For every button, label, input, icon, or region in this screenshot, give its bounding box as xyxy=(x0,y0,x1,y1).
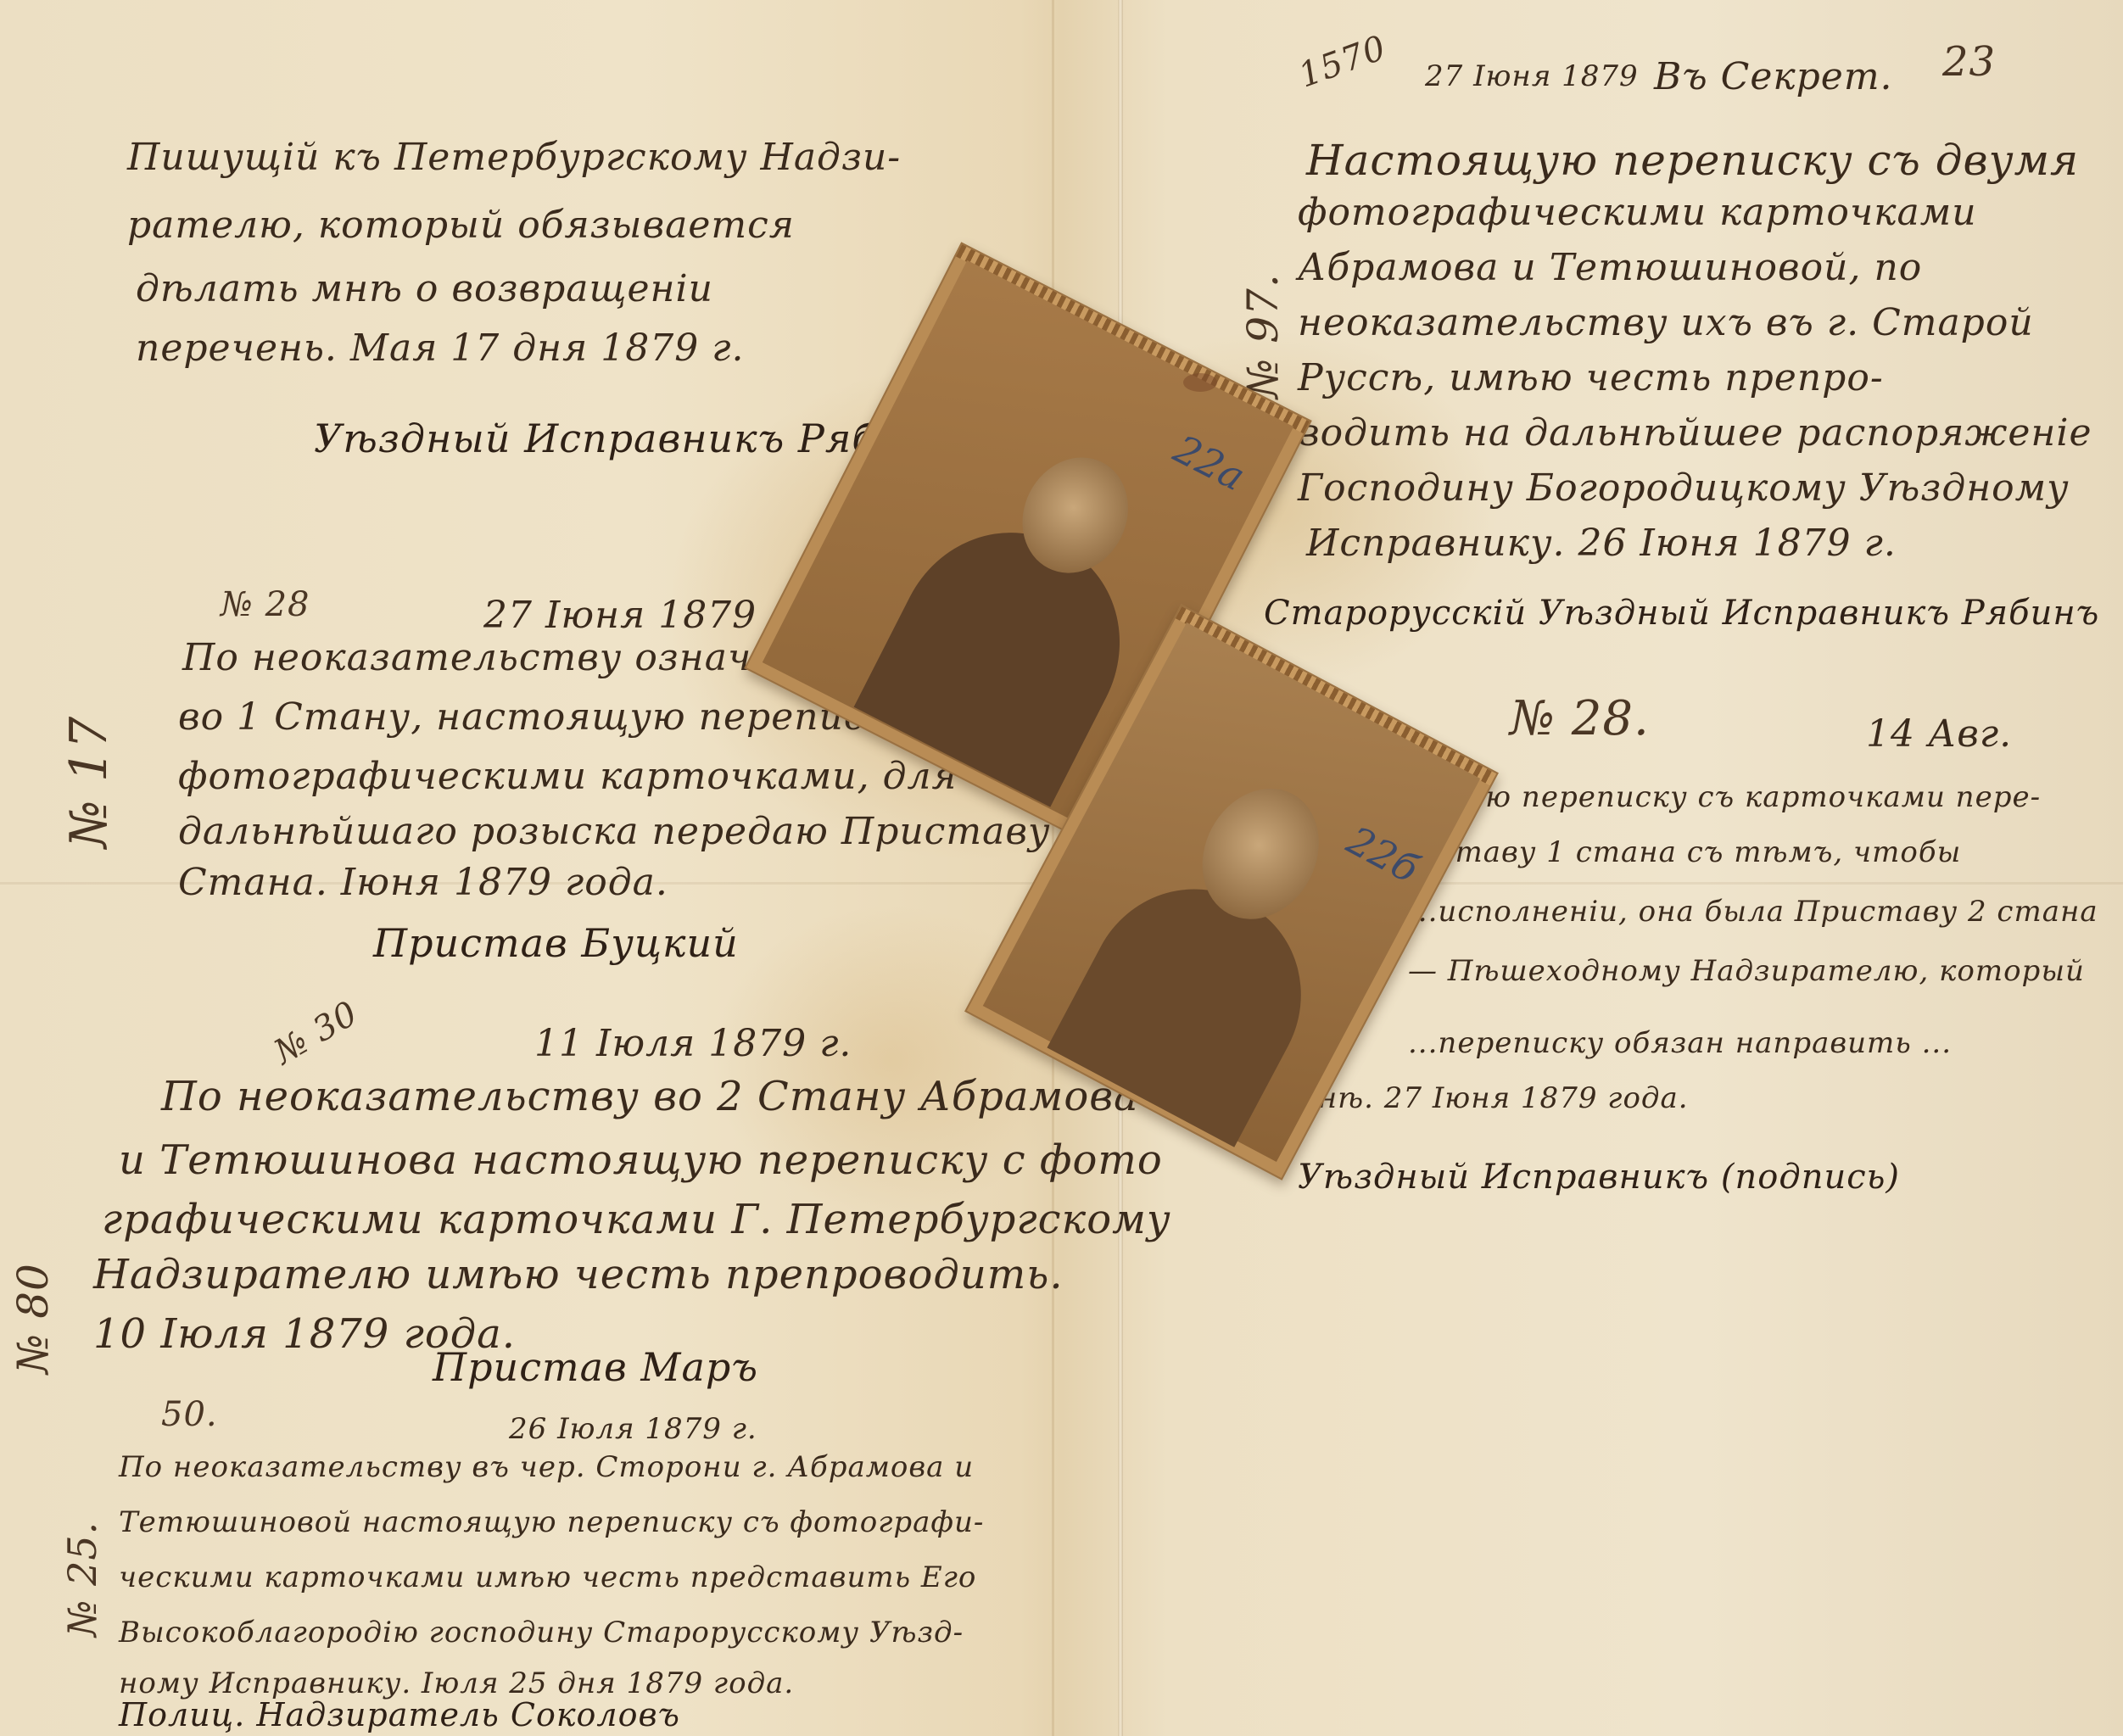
text-line: По неоказательству означен- xyxy=(182,636,813,679)
text-line: — Пѣшеходному Надзирателю, который xyxy=(1408,954,2085,988)
text-line: ческими карточками имѣю честь представит… xyxy=(119,1560,976,1594)
text-line: ...ставу 1 стана съ тѣмъ, чтобы xyxy=(1408,835,1961,869)
text-line: фотографическими карточками, для xyxy=(178,755,958,798)
text-line: По неоказательству во 2 Стану Абрамова xyxy=(161,1073,1139,1120)
text-line: неоказательству ихъ въ г. Старой xyxy=(1298,301,2034,344)
left-page: Пишущій къ Петербургскому Надзи- рателю,… xyxy=(0,0,1103,1736)
text-line: Стана. Іюня 1879 года. xyxy=(178,861,668,904)
entry-number: № 30 xyxy=(268,994,365,1073)
entry-date: 26 Іюля 1879 г. xyxy=(509,1412,757,1446)
text-line: Тетюшиновой настоящую переписку съ фотог… xyxy=(119,1505,984,1539)
text-line: дѣлать мнѣ о возвращеніи xyxy=(136,267,713,310)
text-line: Руссѣ, имѣю честь препро- xyxy=(1298,356,1884,399)
text-line: перечень. Мая 17 дня 1879 г. xyxy=(136,327,744,370)
signature: Пристав Маръ xyxy=(433,1344,758,1390)
entry-number: № 28. xyxy=(1510,691,1650,746)
text-line: Высокоблагородію господину Старорусскому… xyxy=(119,1616,964,1649)
entry-date: 14 Авг. xyxy=(1866,712,2012,756)
text-line: Господину Богородицкому Уѣздному xyxy=(1298,466,2070,510)
text-line: и Тетюшинова настоящую переписку с фото xyxy=(119,1136,1163,1184)
entry-date: 27 Іюня 1879 г. xyxy=(483,594,802,637)
text-line: ному Исправнику. Іюля 25 дня 1879 года. xyxy=(119,1666,794,1700)
text-line: Исправнику. 26 Іюня 1879 г. xyxy=(1306,522,1897,565)
text-line: дальнѣйшаго розыска передаю Приставу 1 xyxy=(178,810,1088,853)
signature: Полиц. Надзиратель Соколовъ xyxy=(119,1696,680,1733)
signature: Пристав Буцкий xyxy=(373,920,739,966)
text-line: ...переписку обязан направить ... xyxy=(1408,1026,1952,1060)
header-note: Въ Секрет. xyxy=(1654,55,1893,98)
margin-number: № 97. xyxy=(1238,273,1288,399)
text-line: водить на дальнѣйшее распоряженіе xyxy=(1298,411,2092,455)
text-line: ...щую переписку съ карточками пере- xyxy=(1408,780,2041,814)
text-line: рателю, который обязывается xyxy=(127,204,795,247)
entry-number: № 28 xyxy=(221,585,310,624)
text-line: графическими карточками Г. Петербургском… xyxy=(102,1196,1171,1243)
text-line: Настоящую переписку съ двумя xyxy=(1306,136,2079,185)
text-line: Надзирателю имѣю честь препроводить. xyxy=(93,1251,1064,1298)
signature: Уѣздный Исправникъ (подпись) xyxy=(1298,1158,1900,1197)
margin-number: № 17 xyxy=(59,716,119,848)
top-number: 1570 xyxy=(1293,28,1391,95)
entry-number: 50. xyxy=(161,1395,218,1434)
text-line: По неоказательству въ чер. Сторони г. Аб… xyxy=(119,1450,974,1484)
text-line: Абрамова и Тетюшиновой, по xyxy=(1298,246,1922,289)
text-line: ...исполненіи, она была Приставу 2 стана xyxy=(1408,895,2098,929)
header-date: 27 Іюня 1879 xyxy=(1425,59,1639,93)
signature: Старорусскій Уѣздный Исправникъ Рябинъ xyxy=(1264,594,2099,633)
page-number: 23 xyxy=(1942,38,1996,86)
text-line: Пишущій къ Петербургскому Надзи- xyxy=(127,136,901,179)
text-line: фотографическими карточками xyxy=(1298,191,1977,234)
ink-stain xyxy=(1183,373,1217,392)
margin-number: № 25. xyxy=(59,1521,105,1637)
margin-number: № 80 xyxy=(8,1263,58,1374)
entry-date: 11 Іюля 1879 г. xyxy=(534,1022,852,1065)
